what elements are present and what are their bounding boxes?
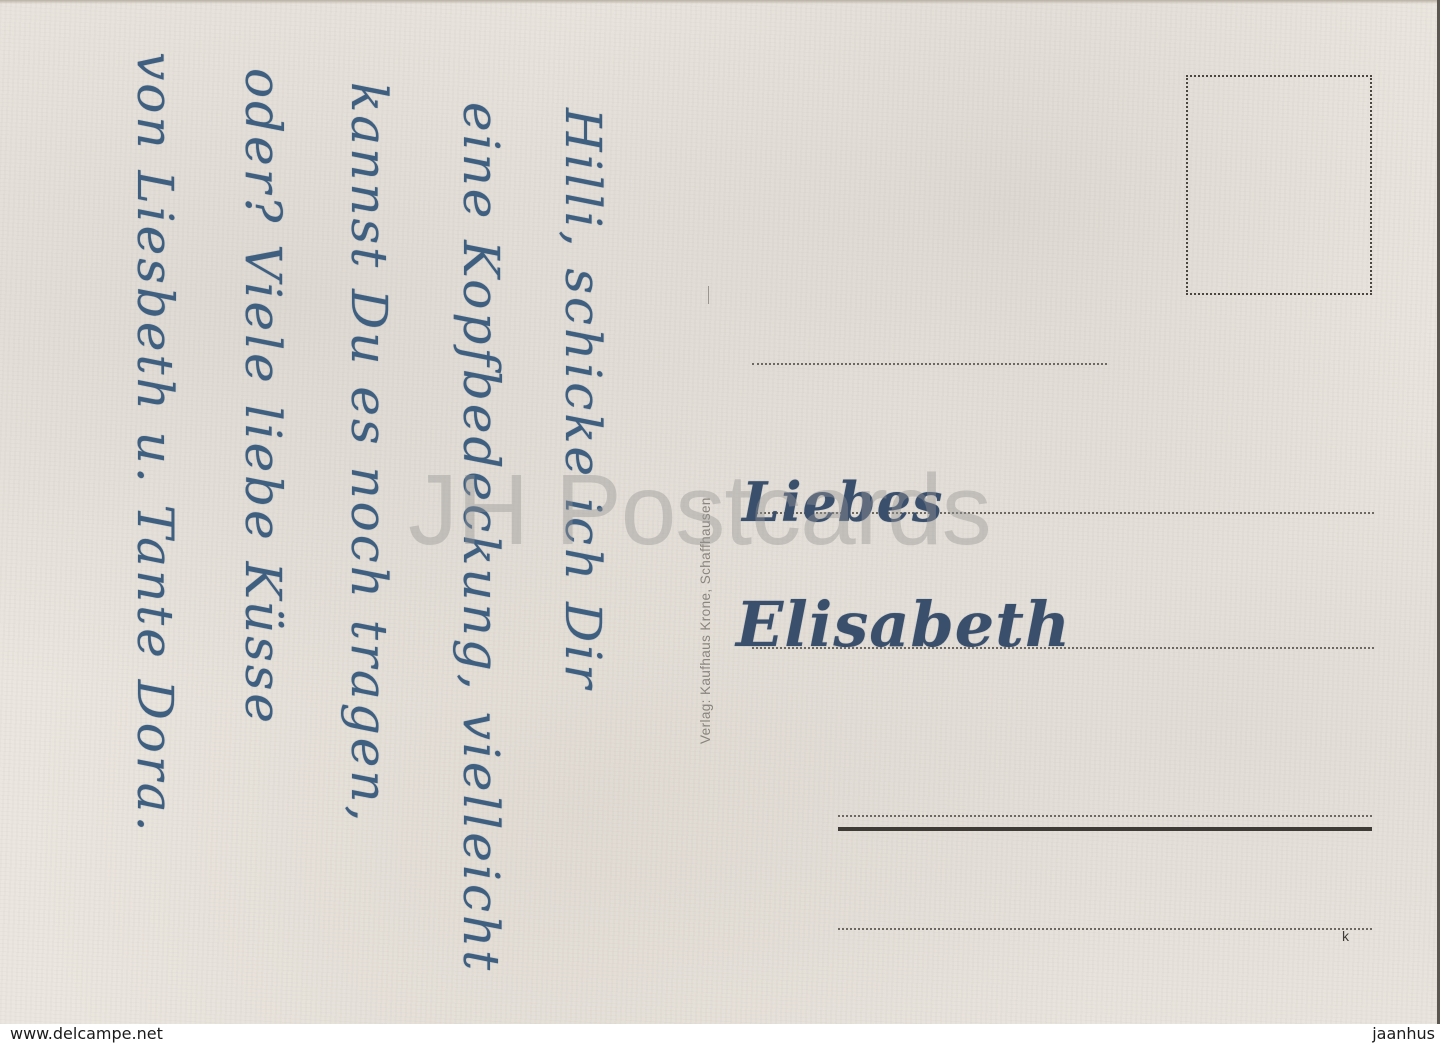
site-credit: www.delcampe.net (10, 1024, 163, 1043)
address-solid-rule (838, 827, 1372, 831)
message-line: oder? Viele liebe Küsse (234, 68, 292, 726)
address-line-5 (838, 928, 1372, 930)
seller-credit: jaanhus (1372, 1024, 1435, 1043)
message-line: Hilli, schicke ich Dir (554, 108, 612, 691)
stamp-placeholder-box (1186, 75, 1372, 295)
address-line-1 (752, 363, 1107, 365)
publisher-divider (708, 286, 709, 304)
message-line: von Liesbeth u. Tante Dora. (126, 52, 184, 835)
address-salutation: Liebes (742, 470, 943, 534)
address-recipient-name: Elisabeth (736, 588, 1071, 661)
message-line: eine Kopfbedeckung, vielleicht (452, 102, 510, 973)
publisher-imprint: Verlag: Kaufhaus Krone, Schaffhausen (698, 497, 713, 744)
address-line-4 (838, 815, 1372, 817)
postcard-back: Verlag: Kaufhaus Krone, Schaffhausen Hil… (0, 0, 1440, 1024)
message-line: kannst Du es noch tragen, (340, 82, 398, 824)
printer-mark: k (1342, 928, 1349, 944)
